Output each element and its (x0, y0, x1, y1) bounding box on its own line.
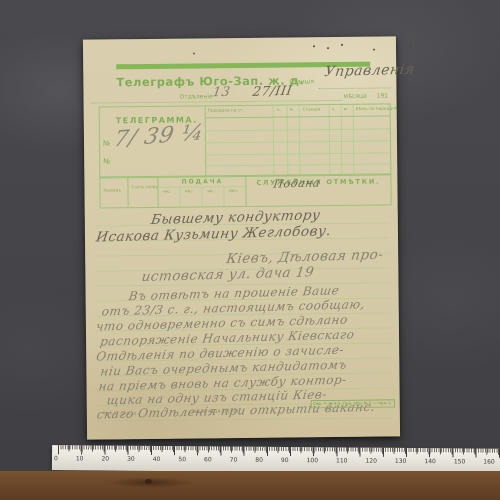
number-label: № (103, 157, 110, 165)
service-marks-band: Разрядъ Счетъ словъ ПОДАЧА чис. мѣс. час… (99, 173, 391, 208)
ruler-number: 90 (281, 457, 289, 464)
ruler-number: 70 (230, 457, 238, 464)
service-mark-handwritten: Подана (273, 176, 322, 190)
ruler-number: 20 (101, 456, 109, 463)
schet-slov-label: Счетъ словъ (131, 185, 157, 190)
service-divider (127, 177, 128, 207)
column-header: ч. (277, 108, 281, 113)
podacha-col: мин. (229, 189, 239, 194)
ruler-number: 150 (454, 458, 466, 465)
ruler-number: 0 (54, 455, 58, 462)
wooden-table-surface (0, 471, 500, 500)
month-label: мѣсяца (343, 93, 366, 100)
photo-of-telegram-document: Телеграфъ Юго-Зап. ж. д. Станція Управле… (0, 0, 500, 500)
ruler-number: 110 (336, 457, 348, 464)
station-dotted-line (318, 86, 390, 89)
ruler-number: 30 (127, 456, 135, 463)
service-subdivider (179, 187, 180, 207)
table-row-line (205, 128, 390, 131)
department-label: Отдѣленіе (179, 93, 212, 100)
column-header: ч. (332, 107, 336, 112)
ruler-number: 140 (424, 458, 436, 465)
ruler-number: 60 (204, 456, 212, 463)
measuring-ruler: 0 10 20 30 40 50 60 70 80 90 100 110 120… (52, 445, 500, 474)
ruler-number: 130 (395, 458, 407, 465)
podacha-label: ПОДАЧА (160, 178, 244, 186)
paper-speckles (313, 45, 315, 47)
printer-imprint-left: Тип. Ю.-З. ж. д. (103, 411, 138, 416)
ruler-number: 80 (255, 457, 263, 464)
razryad-label: Разрядъ (103, 188, 121, 193)
document-paper: Телеграфъ Юго-Зап. ж. д. Станція Управле… (83, 36, 400, 439)
podacha-col: час. (207, 189, 215, 194)
ruler-number: 40 (153, 456, 161, 463)
printer-imprint-series: Сер. 7. № 4-5. Пра. обр. № 3 — Чел. 1. (311, 399, 395, 408)
ruler-number: 100 (307, 457, 319, 464)
department-handwritten-value: 13 (212, 85, 232, 101)
table-row-line (205, 140, 390, 143)
date-handwritten-value: 27/ІІІ (252, 84, 294, 100)
wood-knot (145, 479, 152, 484)
table-row-line (205, 163, 390, 166)
printer-imprint-center: Зак. № 61 19-ХІ 1913. (192, 409, 240, 415)
service-divider (157, 177, 158, 207)
column-header: м. (344, 107, 349, 112)
ruler-number: 50 (178, 456, 186, 463)
year-label: 191 (376, 92, 388, 99)
ruler-number: 160 (483, 459, 495, 466)
service-divider (245, 176, 246, 206)
podacha-col: мѣс. (185, 189, 194, 194)
column-header: Станція (303, 107, 321, 112)
ruler-number: 120 (365, 458, 377, 465)
station-handwritten-value: Управленія (323, 62, 415, 81)
table-header-line (205, 115, 390, 118)
number-label: № (103, 139, 110, 147)
table-row-line (205, 152, 390, 155)
service-subdivider (201, 186, 202, 206)
service-subdivider (223, 186, 224, 206)
column-header: Передана на ст. (208, 108, 244, 113)
podacha-col: чис. (163, 189, 171, 194)
column-header: Кѣмъ по передачѣ (356, 106, 398, 112)
ruler-number: 10 (76, 455, 84, 462)
column-header: м. (290, 107, 295, 112)
